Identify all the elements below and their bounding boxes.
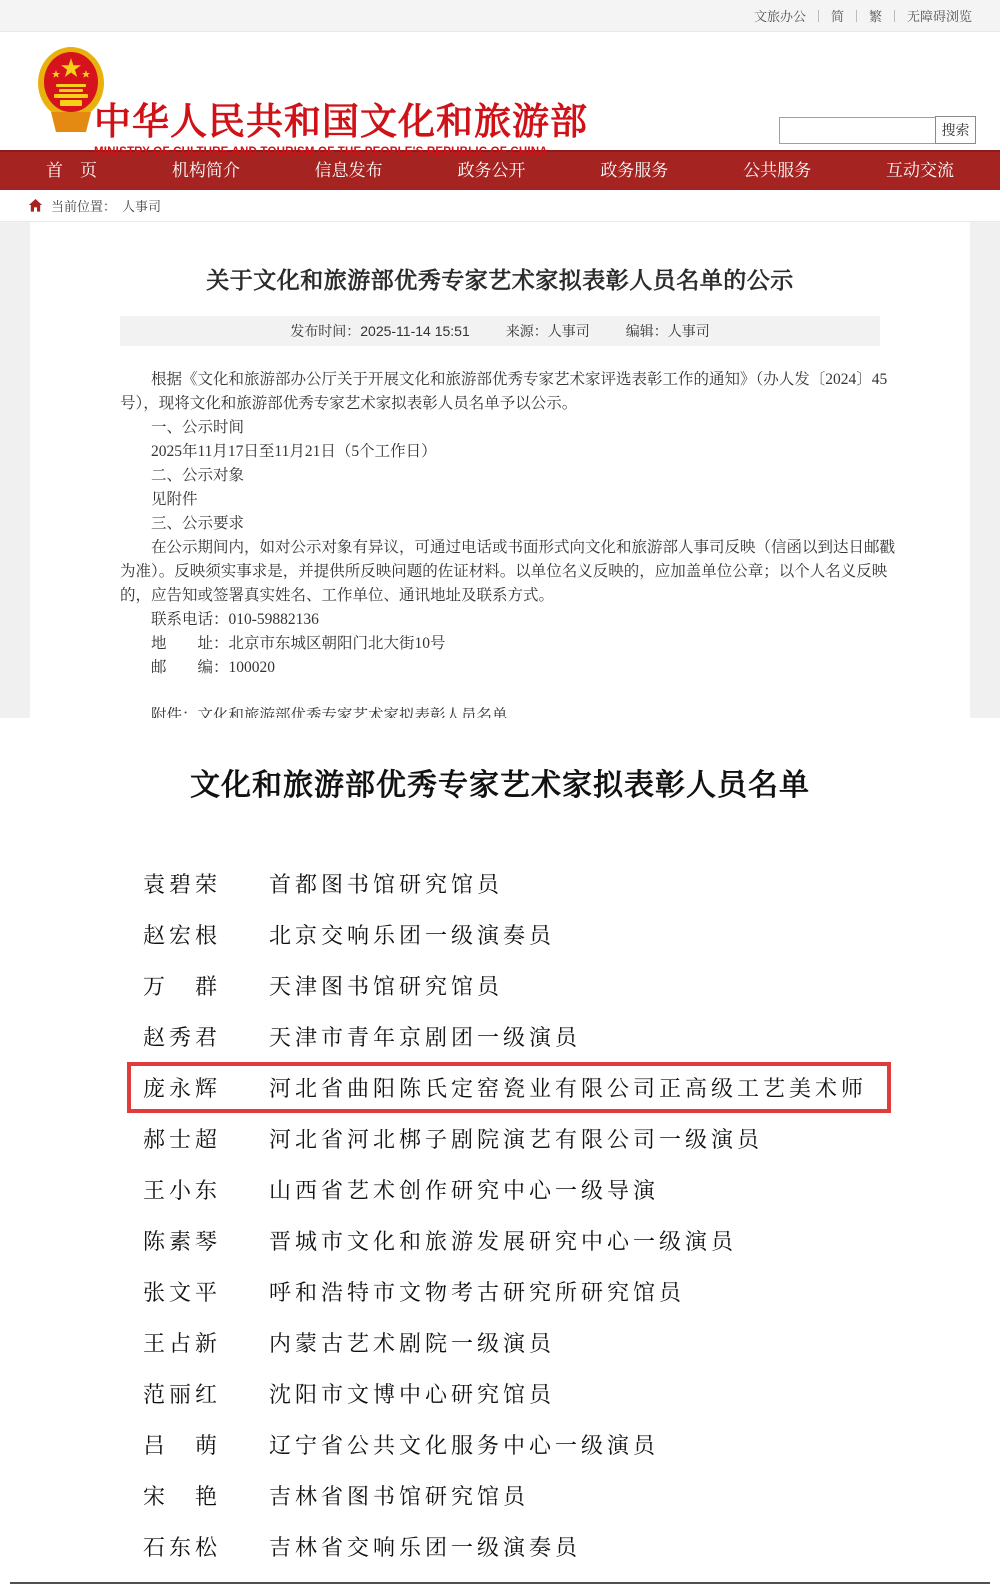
honoree-name: 袁碧荣 [143, 868, 269, 899]
honoree-position: 河北省曲阳陈氏定窑瓷业有限公司正高级工艺美术师 [269, 1072, 867, 1103]
honoree-row: 王占新 内蒙古艺术剧院一级演员 [127, 1317, 891, 1368]
honoree-position: 天津图书馆研究馆员 [269, 970, 503, 1001]
honoree-name: 陈素琴 [143, 1225, 269, 1256]
page-bottom-divider [10, 1582, 990, 1584]
nav-item[interactable]: 政务服务 [600, 152, 668, 190]
honoree-name: 张文平 [143, 1276, 269, 1307]
honoree-position: 吉林省交响乐团一级演奏员 [269, 1531, 581, 1562]
article-paragraph: 联系电话：010-59882136 [120, 608, 898, 632]
honoree-position: 晋城市文化和旅游发展研究中心一级演员 [269, 1225, 737, 1256]
honoree-row: 吕 萌 辽宁省公共文化服务中心一级演员 [127, 1419, 891, 1470]
topbar-link[interactable]: 无障碍浏览 [907, 6, 972, 25]
home-icon[interactable] [28, 198, 43, 213]
honoree-row: 石东松 吉林省交响乐团一级演奏员 [127, 1521, 891, 1572]
honoree-position: 河北省河北梆子剧院演艺有限公司一级演员 [269, 1123, 763, 1154]
article-wrap: 关于文化和旅游部优秀专家艺术家拟表彰人员名单的公示 发布时间：2025-11-1… [0, 222, 1000, 718]
nav-item[interactable]: 互动交流 [886, 152, 954, 190]
honoree-name: 郝士超 [143, 1123, 269, 1154]
article-paragraph: 二、公示对象 [120, 464, 898, 488]
article-paragraph: 邮 编：100020 [120, 656, 898, 680]
honoree-row: 陈素琴 晋城市文化和旅游发展研究中心一级演员 [127, 1215, 891, 1266]
breadcrumb-label: 当前位置： [51, 196, 116, 215]
honoree-position: 内蒙古艺术剧院一级演员 [269, 1327, 555, 1358]
honoree-name: 赵秀君 [143, 1021, 269, 1052]
breadcrumb-current[interactable]: 人事司 [122, 196, 161, 215]
site-header: 中华人民共和国文化和旅游部 MINISTRY OF CULTURE AND TO… [0, 32, 1000, 150]
honoree-name: 万 群 [143, 970, 269, 1001]
honoree-name: 石东松 [143, 1531, 269, 1562]
article-body: 根据《文化和旅游部办公厅关于开展文化和旅游部优秀专家艺术家评选表彰工作的通知》（… [120, 368, 898, 718]
article-paragraph: 在公示期间内，如对公示对象有异议，可通过电话或书面形式向文化和旅游部人事司反映（… [120, 536, 898, 608]
site-title: 中华人民共和国文化和旅游部 [94, 102, 588, 142]
honoree-position: 北京交响乐团一级演奏员 [269, 919, 555, 950]
article-title: 关于文化和旅游部优秀专家艺术家拟表彰人员名单的公示 [30, 262, 970, 295]
topbar-link[interactable]: 文旅办公 [754, 6, 831, 25]
article-container: 关于文化和旅游部优秀专家艺术家拟表彰人员名单的公示 发布时间：2025-11-1… [30, 222, 970, 718]
source-label: 来源： [506, 323, 548, 339]
editor-value: 人事司 [668, 323, 710, 339]
honoree-position: 沈阳市文博中心研究馆员 [269, 1378, 555, 1409]
honoree-row: 宋 艳 吉林省图书馆研究馆员 [127, 1470, 891, 1521]
topbar-links: 文旅办公 简 繁 无障碍浏览 [754, 6, 972, 25]
site-title-block: 中华人民共和国文化和旅游部 MINISTRY OF CULTURE AND TO… [94, 102, 588, 158]
honoree-position: 首都图书馆研究馆员 [269, 868, 503, 899]
attachment-link[interactable]: 文化和旅游部优秀专家艺术家拟表彰人员名单 [198, 707, 508, 718]
honoree-name: 王小东 [143, 1174, 269, 1205]
topbar: 文旅办公 简 繁 无障碍浏览 [0, 0, 1000, 32]
honoree-name: 吕 萌 [143, 1429, 269, 1460]
honoree-name: 范丽红 [143, 1378, 269, 1409]
honoree-row: 范丽红 沈阳市文博中心研究馆员 [127, 1368, 891, 1419]
nav-item[interactable]: 公共服务 [743, 152, 811, 190]
honoree-row: 赵宏根 北京交响乐团一级演奏员 [127, 909, 891, 960]
honoree-position: 吉林省图书馆研究馆员 [269, 1480, 529, 1511]
article-paragraph: 三、公示要求 [120, 512, 898, 536]
honoree-list: 袁碧荣 首都图书馆研究馆员 赵宏根 北京交响乐团一级演奏员 万 群 天津图书馆研… [127, 858, 891, 1572]
source-value: 人事司 [548, 323, 590, 339]
attachment-title: 文化和旅游部优秀专家艺术家拟表彰人员名单 [0, 718, 1000, 804]
honoree-position: 辽宁省公共文化服务中心一级演员 [269, 1429, 659, 1460]
attachment-note: 附件：文化和旅游部优秀专家艺术家拟表彰人员名单 [120, 704, 898, 718]
honoree-position: 天津市青年京剧团一级演员 [269, 1021, 581, 1052]
publish-time-value: 2025-11-14 15:51 [360, 323, 470, 339]
honoree-row: 万 群 天津图书馆研究馆员 [127, 960, 891, 1011]
source-group: 来源：人事司 [506, 321, 590, 341]
attachment-note-label: 附件： [151, 707, 198, 718]
honoree-row: 庞永辉 河北省曲阳陈氏定窑瓷业有限公司正高级工艺美术师 [127, 1062, 891, 1113]
article-paragraph: 根据《文化和旅游部办公厅关于开展文化和旅游部优秀专家艺术家评选表彰工作的通知》（… [120, 368, 898, 416]
honoree-row: 袁碧荣 首都图书馆研究馆员 [127, 858, 891, 909]
search-area: 搜索 [779, 116, 976, 144]
honoree-name: 宋 艳 [143, 1480, 269, 1511]
article-paragraph: 见附件 [120, 488, 898, 512]
honoree-row: 赵秀君 天津市青年京剧团一级演员 [127, 1011, 891, 1062]
article-paragraph: 地 址：北京市东城区朝阳门北大街10号 [120, 632, 898, 656]
article-paragraph: 2025年11月17日至11月21日（5个工作日） [120, 440, 898, 464]
honoree-position: 山西省艺术创作研究中心一级导演 [269, 1174, 659, 1205]
honoree-row: 郝士超 河北省河北梆子剧院演艺有限公司一级演员 [127, 1113, 891, 1164]
editor-group: 编辑：人事司 [626, 321, 710, 341]
honoree-name: 庞永辉 [143, 1072, 269, 1103]
search-input[interactable] [779, 117, 935, 144]
nav-item[interactable]: 首 页 [46, 152, 97, 190]
honoree-row: 王小东 山西省艺术创作研究中心一级导演 [127, 1164, 891, 1215]
publish-time-group: 发布时间：2025-11-14 15:51 [290, 321, 470, 341]
breadcrumb: 当前位置： 人事司 [0, 190, 1000, 222]
publish-time-label: 发布时间： [290, 323, 360, 339]
honoree-row: 张文平 呼和浩特市文物考古研究所研究馆员 [127, 1266, 891, 1317]
honoree-name: 王占新 [143, 1327, 269, 1358]
honoree-name: 赵宏根 [143, 919, 269, 950]
topbar-link[interactable]: 繁 [869, 6, 907, 25]
search-button[interactable]: 搜索 [935, 116, 976, 144]
attachment-document: 文化和旅游部优秀专家艺术家拟表彰人员名单 袁碧荣 首都图书馆研究馆员 赵宏根 北… [0, 718, 1000, 1589]
article-paragraph: 一、公示时间 [120, 416, 898, 440]
honoree-position: 呼和浩特市文物考古研究所研究馆员 [269, 1276, 685, 1307]
article-meta-bar: 发布时间：2025-11-14 15:51 来源：人事司 编辑：人事司 [120, 316, 880, 346]
editor-label: 编辑： [626, 323, 668, 339]
site-subtitle: MINISTRY OF CULTURE AND TOURISM OF THE P… [94, 146, 588, 158]
topbar-link[interactable]: 简 [831, 6, 869, 25]
